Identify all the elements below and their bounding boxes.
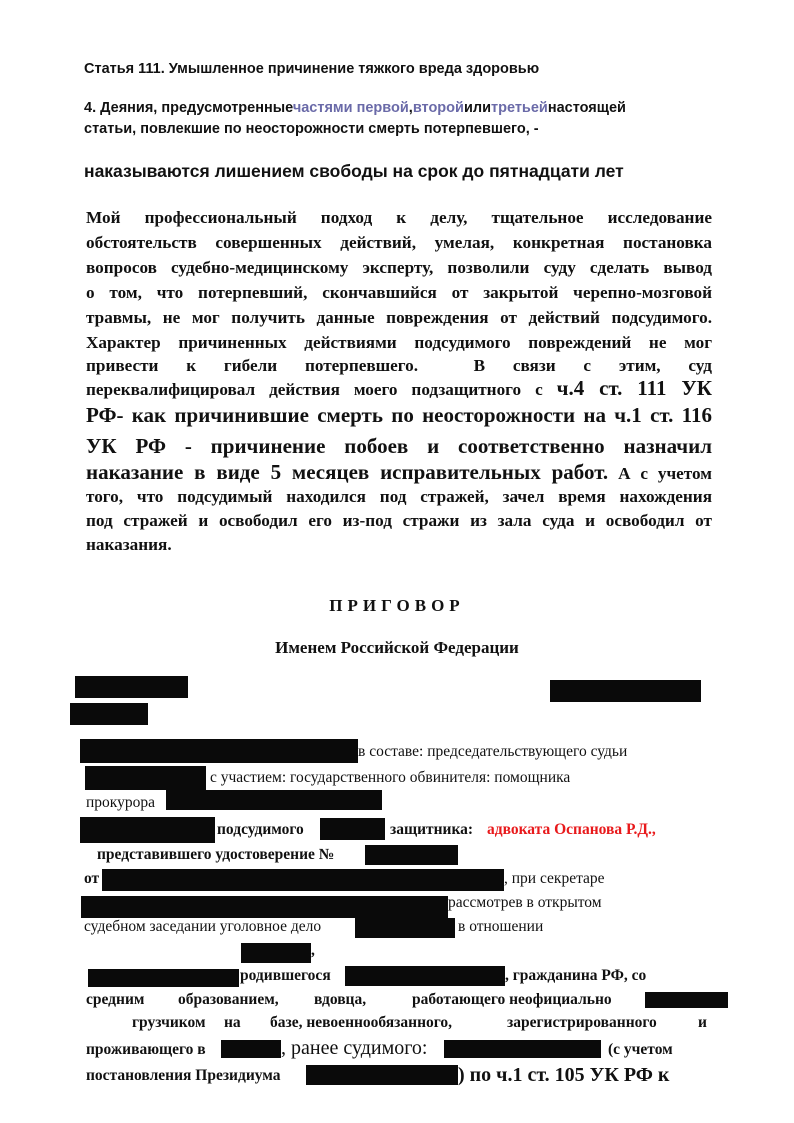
court-composition-text: в составе: председательствующего судьи bbox=[358, 743, 627, 761]
redaction-block bbox=[80, 739, 358, 763]
presidium-label: постановления Президиума bbox=[86, 1067, 281, 1085]
link-second[interactable]: второй bbox=[413, 100, 464, 116]
link-parts-first[interactable]: частями первой bbox=[293, 100, 409, 116]
sentence-text: наказание в виде 5 месяцев исправительны… bbox=[86, 460, 608, 484]
prosecutor-label: прокурора bbox=[86, 794, 155, 812]
commentary-line: РФ- как причинившие смерть по неосторожн… bbox=[86, 403, 712, 428]
citizen-text: , гражданина РФ, со bbox=[505, 967, 646, 985]
redaction-block bbox=[85, 766, 206, 790]
regarding-text: в отношении bbox=[458, 918, 543, 936]
commentary-line: обстоятельств совершенных действий, умел… bbox=[86, 233, 712, 253]
commentary-line: под стражей и освободил его из-под страж… bbox=[86, 511, 712, 531]
link-third[interactable]: третьей bbox=[491, 100, 548, 116]
commentary-line: Характер причиненных действиями подсудим… bbox=[86, 333, 712, 353]
redaction-block bbox=[70, 703, 148, 725]
education-word: образованием, bbox=[178, 991, 279, 1009]
part4-prefix: 4. Деяния, предусмотренные bbox=[84, 100, 293, 116]
defender-label: защитника: bbox=[390, 821, 473, 839]
born-label: родившегося bbox=[240, 967, 331, 985]
criminal-case-text: судебном заседании уголовное дело bbox=[84, 918, 321, 936]
redaction-block bbox=[355, 918, 455, 938]
verdict-subtitle: Именем Российской Федерации bbox=[0, 638, 794, 658]
job-word: на bbox=[224, 1014, 241, 1032]
redaction-block bbox=[444, 1040, 601, 1058]
from-label: от bbox=[84, 870, 99, 888]
residing-label: проживающего в bbox=[86, 1041, 206, 1059]
article-ref-111: ч.4 ст. 111 УК bbox=[557, 376, 712, 400]
redaction-block bbox=[75, 676, 188, 698]
job-word: и bbox=[698, 1014, 707, 1032]
prior-conviction-label: , ранее судимого: bbox=[281, 1037, 427, 1060]
commentary-line: наказание в виде 5 месяцев исправительны… bbox=[86, 460, 712, 485]
widower-word: вдовца, bbox=[314, 991, 366, 1009]
redaction-block bbox=[365, 845, 458, 865]
job-word: грузчиком bbox=[132, 1014, 206, 1032]
redaction-block bbox=[241, 943, 311, 963]
considering-label: (с учетом bbox=[608, 1041, 673, 1059]
redaction-block bbox=[221, 1040, 281, 1058]
redaction-block bbox=[81, 896, 448, 918]
article-105-ref: ) по ч.1 ст. 105 УК РФ к bbox=[458, 1064, 669, 1087]
redaction-block bbox=[645, 992, 728, 1008]
defendant-label: подсудимого bbox=[217, 821, 304, 839]
job-word: зарегистрированного bbox=[507, 1014, 657, 1032]
redaction-block bbox=[550, 680, 701, 702]
commentary-line: того, что подсудимый находился под страж… bbox=[86, 487, 712, 507]
article-penalty: наказываются лишением свободы на срок до… bbox=[84, 161, 624, 182]
or-word: или bbox=[464, 100, 491, 116]
redaction-block bbox=[88, 969, 239, 987]
considering-text: А с учетом bbox=[608, 464, 712, 483]
employment-text: работающего неофициально bbox=[412, 991, 612, 1009]
commentary-line: УК РФ - причинение побоев и соответствен… bbox=[86, 434, 712, 459]
commentary-line: наказания. bbox=[86, 535, 712, 555]
redaction-block bbox=[102, 869, 504, 891]
lawyer-name: адвоката Оспанова Р.Д., bbox=[487, 821, 656, 839]
considered-text: рассмотрев в открытом bbox=[448, 894, 602, 912]
redaction-block bbox=[80, 817, 215, 843]
redaction-block bbox=[345, 966, 505, 986]
commentary-line: вопросов судебно-медицинскому эксперту, … bbox=[86, 258, 712, 278]
article-part4-line2: статьи, повлекшие по неосторожности смер… bbox=[84, 121, 539, 137]
job-word: базе, невоеннообязанного, bbox=[270, 1014, 452, 1032]
article-title: Статья 111. Умышленное причинение тяжког… bbox=[84, 61, 539, 77]
redaction-block bbox=[166, 790, 382, 810]
article-part4-line1: 4. Деяния, предусмотренныечастями первой… bbox=[84, 100, 626, 116]
requalified-text: переквалифицировал действия моего подзащ… bbox=[86, 380, 557, 399]
commentary-line: травмы, не мог получить данные поврежден… bbox=[86, 308, 712, 328]
verdict-title: ПРИГОВОР bbox=[0, 596, 794, 616]
redaction-block bbox=[320, 818, 385, 840]
education-word: средним bbox=[86, 991, 144, 1009]
secretary-label: , при секретаре bbox=[504, 870, 605, 888]
commentary-line: переквалифицировал действия моего подзащ… bbox=[86, 376, 712, 401]
prosecutor-assistant-text: с участием: государственного обвинителя:… bbox=[210, 769, 570, 787]
certificate-label: представившего удостоверение № bbox=[97, 846, 334, 864]
commentary-line: привести к гибели потерпевшего. В связи … bbox=[86, 356, 712, 376]
commentary-line: Мой профессиональный подход к делу, тщат… bbox=[86, 208, 712, 228]
comma: , bbox=[311, 942, 315, 960]
commentary-line: о том, что потерпевший, скончавшийся от … bbox=[86, 283, 712, 303]
redaction-block bbox=[306, 1065, 458, 1085]
part4-suffix: настоящей bbox=[548, 100, 626, 116]
